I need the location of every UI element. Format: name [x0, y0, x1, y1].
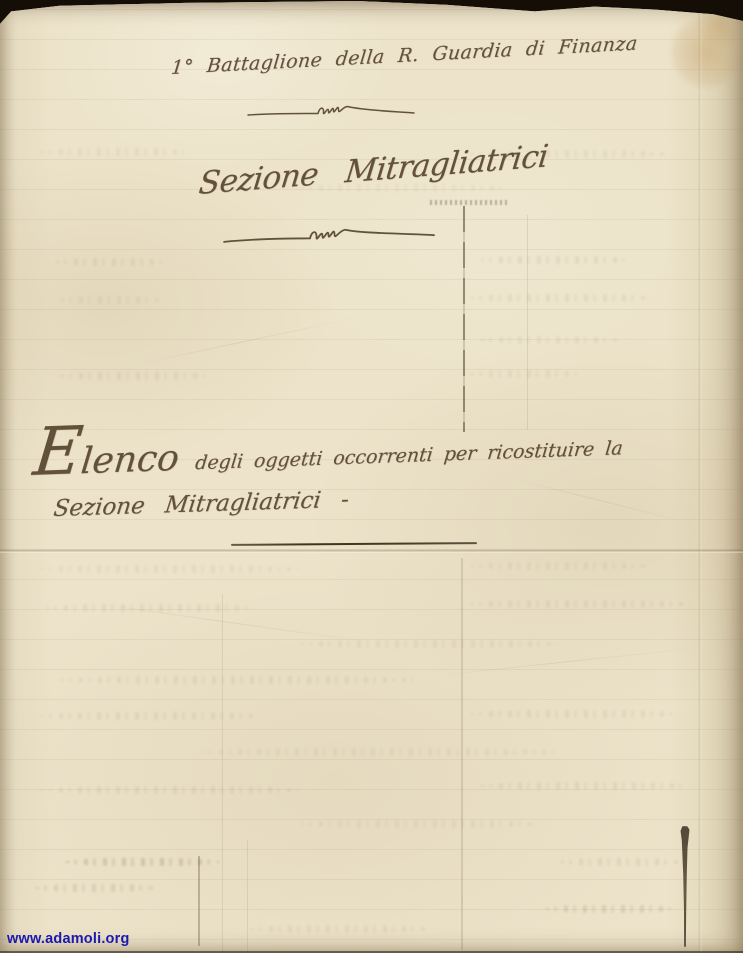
- bleedthrough-table-line: [198, 856, 200, 946]
- bleedthrough-smudge: [560, 858, 680, 866]
- body-line-1: Elenco degli oggetti occorrenti per rico…: [30, 393, 629, 491]
- bleedthrough-table-line: [461, 558, 463, 950]
- body-lead-word: Elenco: [30, 409, 184, 491]
- document-page: 1° Battaglione della R. Guardia di Finan…: [0, 0, 743, 953]
- bleedthrough-smudge: [480, 336, 620, 344]
- crinkle-line: [421, 647, 700, 677]
- bleedthrough-smudge: [300, 640, 560, 648]
- scanned-document: 1° Battaglione della R. Guardia di Finan…: [0, 0, 743, 953]
- bleedthrough-smudge: [60, 676, 420, 684]
- body-line-2: Sezione Mitragliatrici -: [52, 487, 350, 522]
- bleedthrough-smudge: [470, 600, 690, 608]
- ink-blot: [680, 826, 690, 947]
- bleedthrough-table-line: [222, 594, 223, 953]
- flourish-divider: [222, 224, 437, 248]
- crinkle-line: [81, 601, 378, 644]
- hand-drawn-rule: [231, 542, 477, 546]
- bleedthrough-smudge: [480, 256, 630, 264]
- bleedthrough-smudge: [470, 710, 680, 718]
- bleedthrough-smudge: [300, 820, 540, 828]
- bleedthrough-smudge: [40, 565, 300, 573]
- section-title: Sezione Mitragliatrici: [197, 138, 550, 202]
- crinkle-line: [123, 317, 358, 368]
- horizontal-fold-crease: [0, 549, 743, 553]
- bleedthrough-smudge: [40, 148, 190, 156]
- bleedthrough-smudge: [35, 884, 155, 892]
- bleedthrough-smudge: [60, 296, 160, 304]
- bleedthrough-smudge: [250, 925, 430, 933]
- bleedthrough-smudge: [480, 782, 690, 790]
- bleedthrough-smudge: [60, 372, 210, 380]
- crinkle-line: [503, 476, 697, 525]
- bleedthrough-smudge: [470, 370, 580, 378]
- bleedthrough-table-line: [247, 840, 248, 953]
- vertical-fold-crease: [698, 0, 702, 953]
- bleedthrough-smudge: [65, 858, 220, 866]
- document-header: 1° Battaglione della R. Guardia di Finan…: [170, 32, 639, 79]
- bleedthrough-smudge: [40, 712, 260, 720]
- body-rest: degli oggetti occorrenti per ricostituir…: [194, 437, 624, 474]
- bleedthrough-squiggle: [430, 200, 508, 205]
- bleedthrough-smudge: [55, 258, 165, 266]
- flourish-divider: [246, 104, 416, 120]
- bleedthrough-smudge: [200, 748, 560, 756]
- bleedthrough-smudge: [545, 905, 675, 913]
- watermark: www.adamoli.org: [7, 931, 130, 947]
- bleedthrough-smudge: [470, 294, 650, 302]
- bleedthrough-smudge: [40, 786, 300, 794]
- bleedthrough-smudge: [470, 562, 650, 570]
